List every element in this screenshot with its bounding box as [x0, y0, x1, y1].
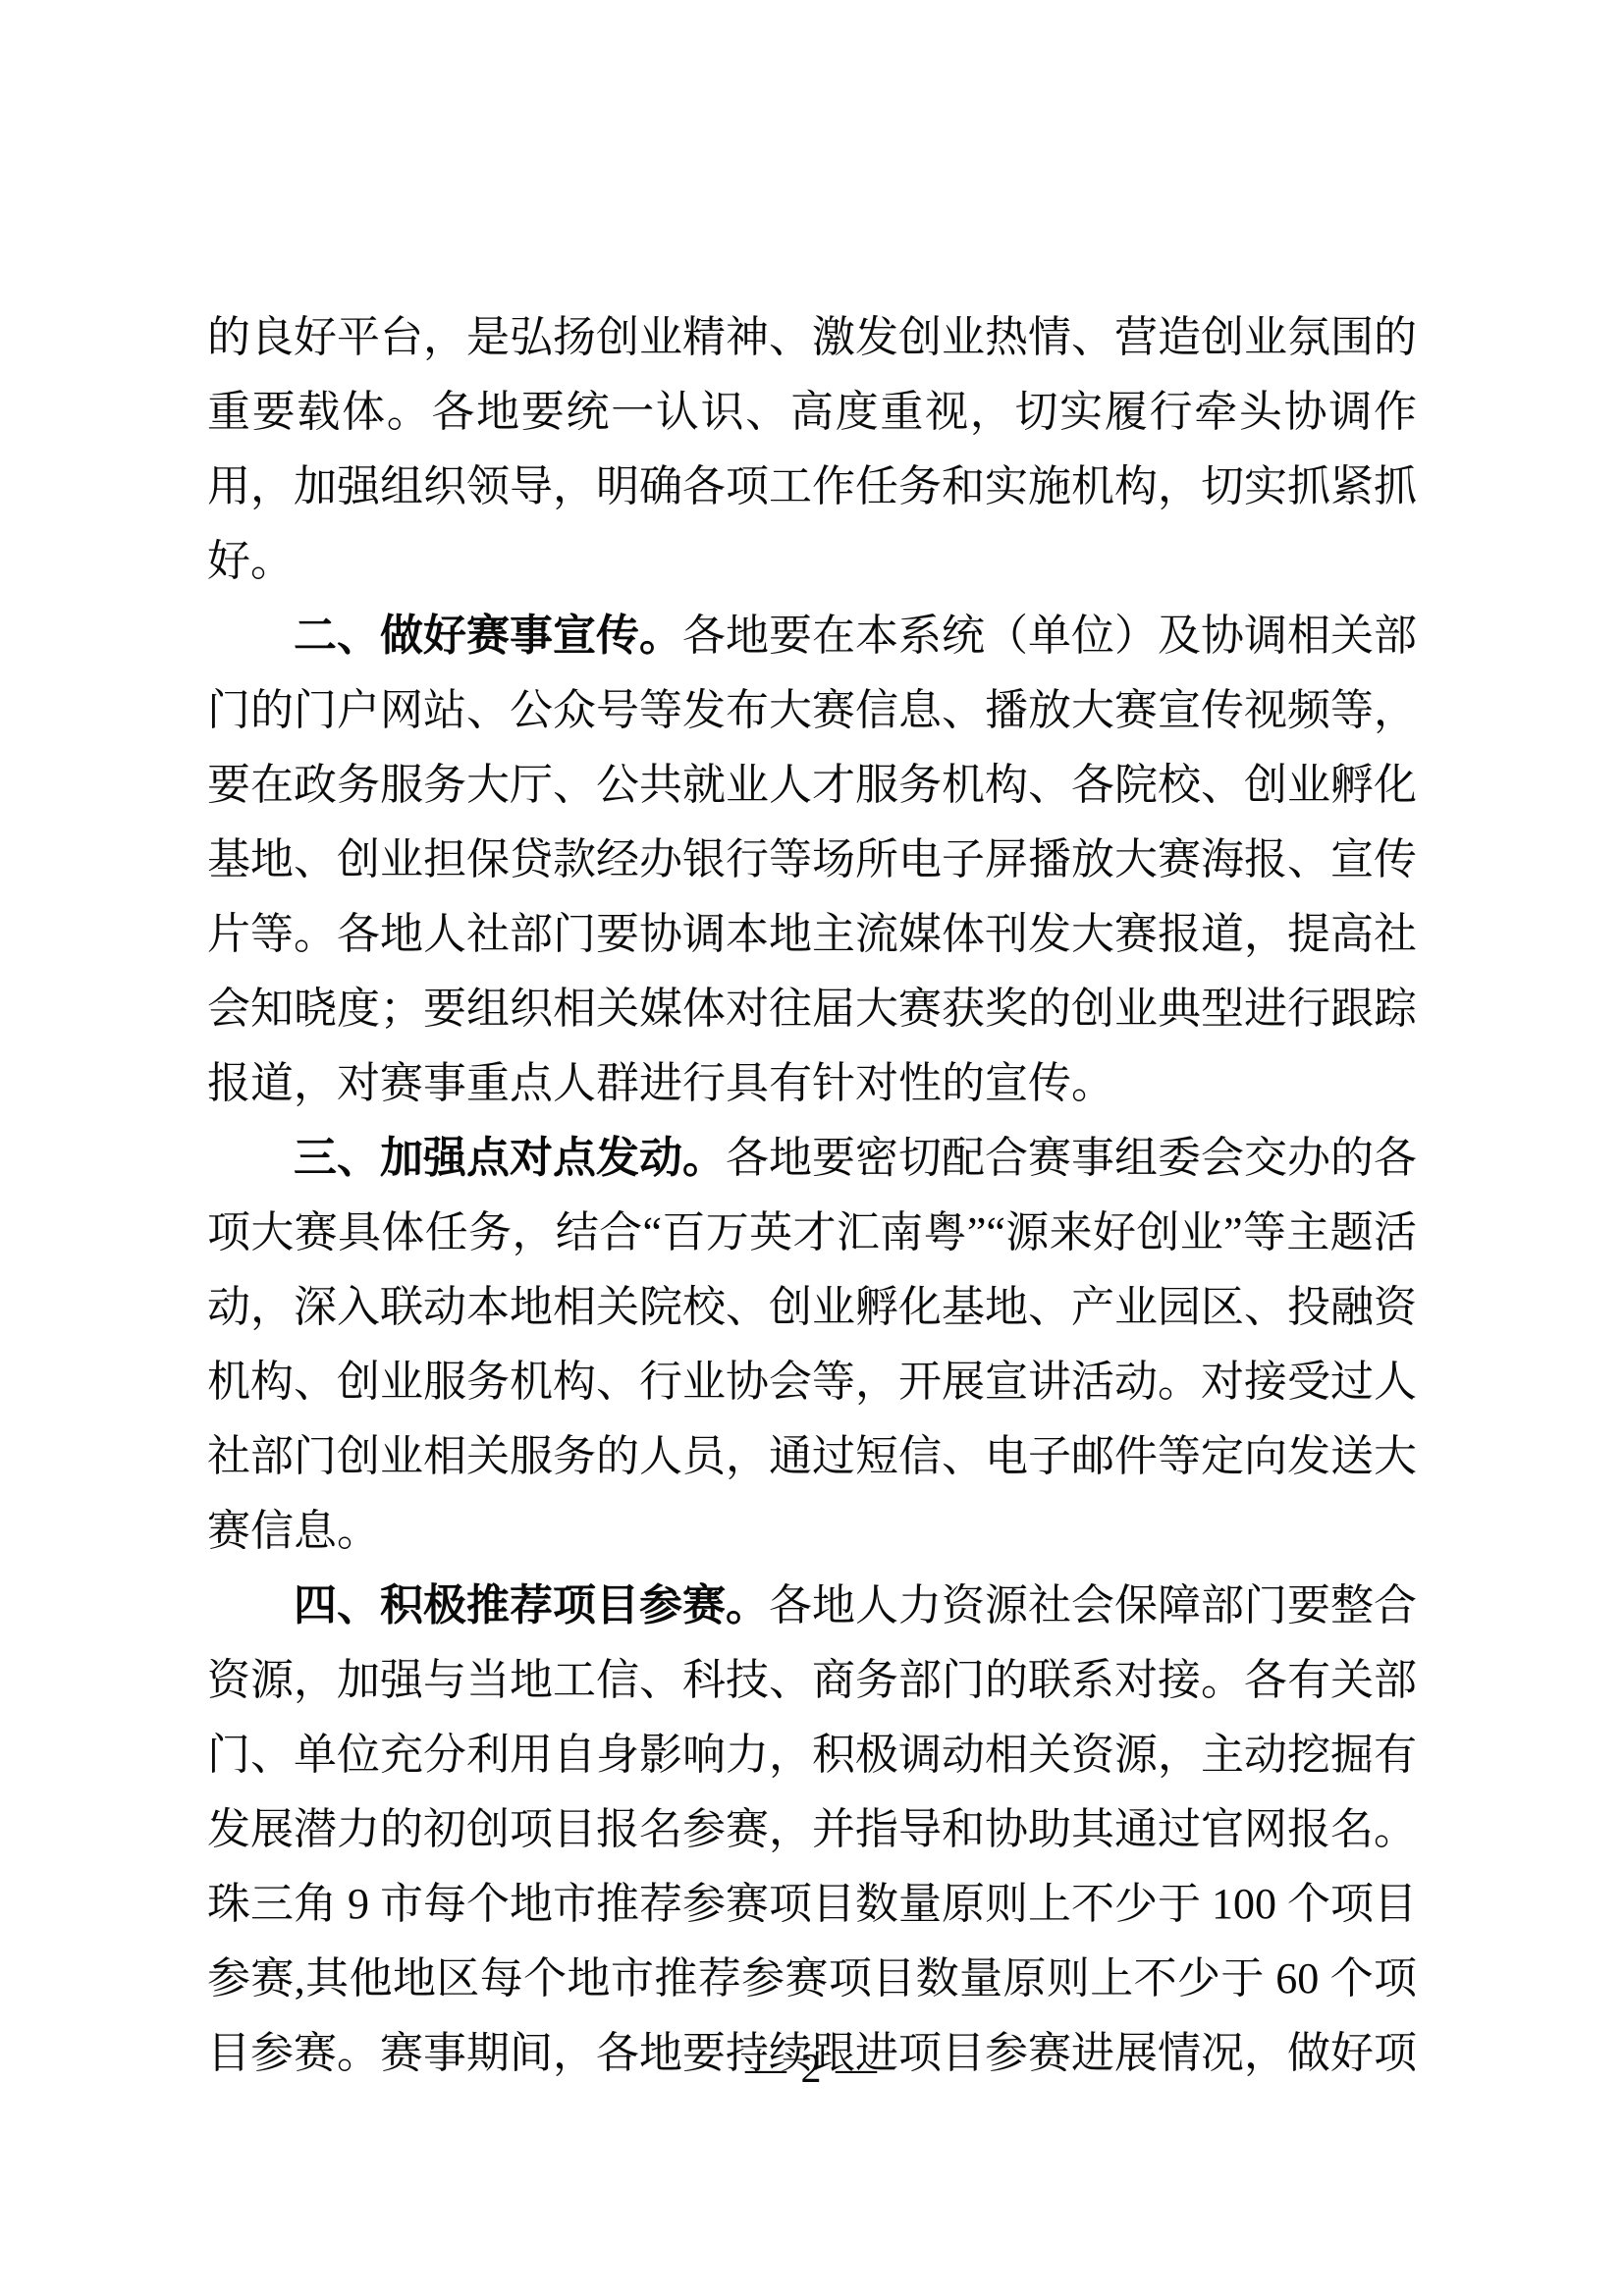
- page-footer: — 2 —: [0, 2040, 1624, 2099]
- section-two-heading: 二、做好赛事宣传。: [294, 612, 682, 660]
- section-four-heading: 四、积极推荐项目参赛。: [294, 1581, 769, 1629]
- section-three-heading: 三、加强点对点发动。: [294, 1134, 726, 1182]
- page-number: — 2 —: [745, 2047, 879, 2092]
- paragraph-continuation: 的良好平台，是弘扬创业精神、激发创业热情、营造创业氛围的重要载体。各地要统一认识…: [207, 300, 1417, 599]
- paragraph-text: 各地要密切配合赛事组委会交办的各项大赛具体任务，结合“百万英才汇南粤”“源来好创…: [207, 1134, 1417, 1555]
- paragraph-text: 各地要在本系统（单位）及协调相关部门的门户网站、公众号等发布大赛信息、播放大赛宣…: [207, 612, 1417, 1107]
- paragraph-text: 各地人力资源社会保障部门要整合资源，加强与当地工信、科技、商务部门的联系对接。各…: [207, 1581, 1417, 2077]
- paragraph-text: 的良好平台，是弘扬创业精神、激发创业热情、营造创业氛围的重要载体。各地要统一认识…: [207, 313, 1417, 585]
- paragraph-section-two: 二、做好赛事宣传。各地要在本系统（单位）及协调相关部门的门户网站、公众号等发布大…: [207, 599, 1417, 1121]
- paragraph-section-four: 四、积极推荐项目参赛。各地人力资源社会保障部门要整合资源，加强与当地工信、科技、…: [207, 1569, 1417, 2091]
- paragraph-section-three: 三、加强点对点发动。各地要密切配合赛事组委会交办的各项大赛具体任务，结合“百万英…: [207, 1121, 1417, 1569]
- document-body: 的良好平台，是弘扬创业精神、激发创业热情、营造创业氛围的重要载体。各地要统一认识…: [207, 300, 1417, 2091]
- document-page: 的良好平台，是弘扬创业精神、激发创业热情、营造创业氛围的重要载体。各地要统一认识…: [0, 0, 1624, 2296]
